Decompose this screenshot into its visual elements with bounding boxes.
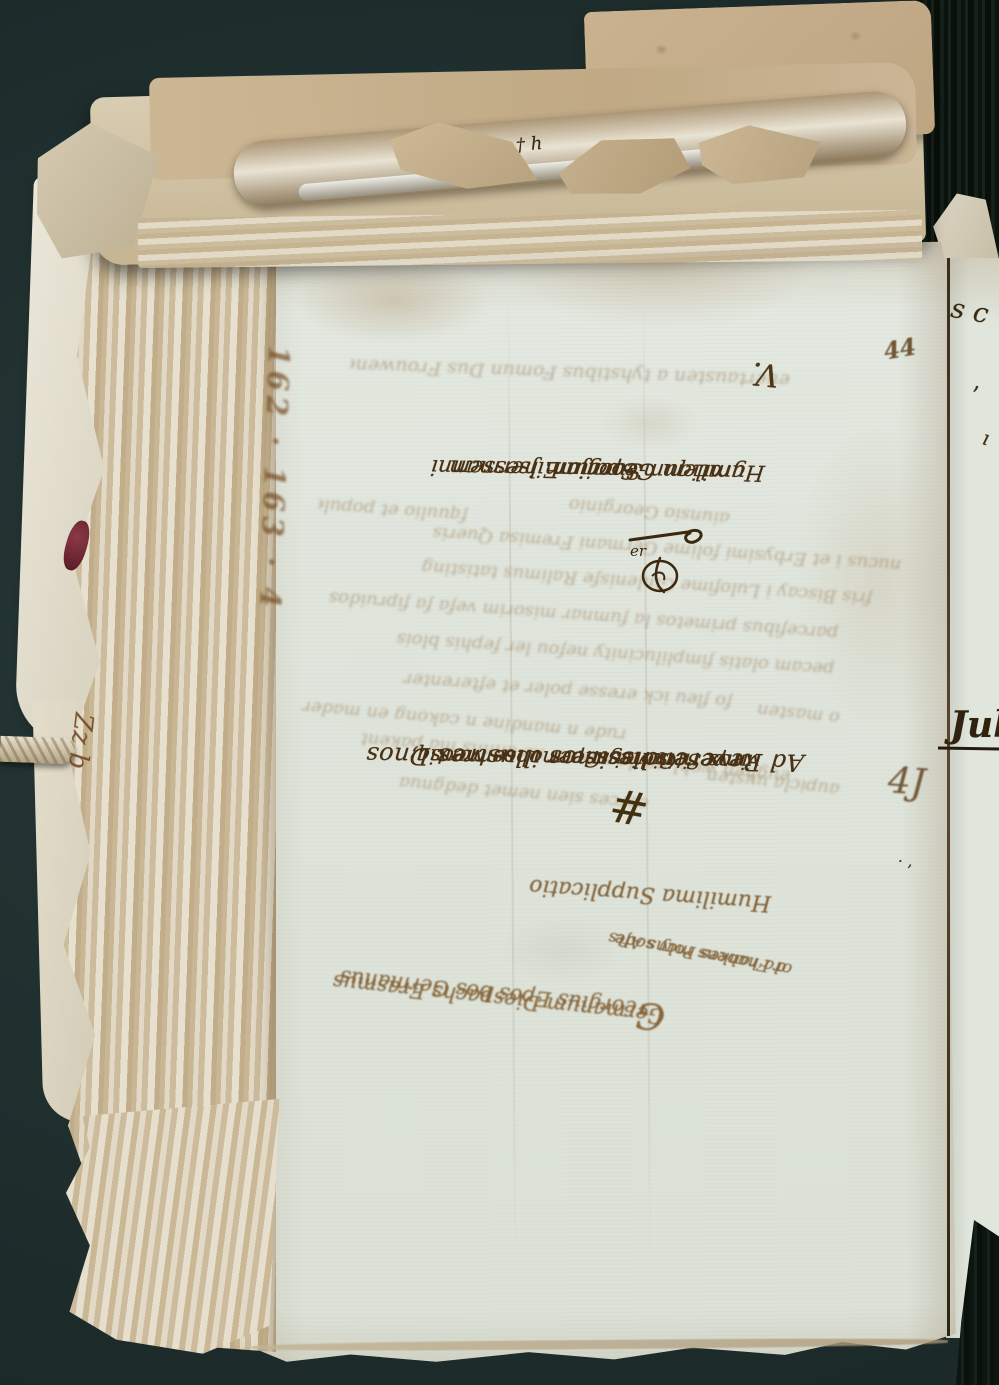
salutation-line: Collegas [491,741,678,775]
ink-cross-mark: † h [515,133,543,156]
gutter-crease [947,258,950,1336]
ruffled-leaf-edges [138,210,922,268]
archive-number-sideways: 162 · 163 · 4 [253,345,296,551]
monogram-letters: er [630,542,647,560]
adjacent-page-strip [946,258,999,1338]
margin-ink-dots: · , [898,852,912,870]
jul-inscription: Jul [950,704,999,746]
monogram-cipher: er [622,518,717,600]
address-line: Suorum [552,452,644,486]
margin-mark-44: 44 [882,333,918,365]
salutation-block: Ad Reverendissimos illustres Dnos viros … [378,639,802,778]
manuscript-photo: † h Zz b 162 · 163 · 4 euertausten a tyh… [0,0,999,1385]
faded-margin-mark: 4J [887,761,927,805]
adjacent-page-comma: ’ [972,382,980,410]
adjacent-page-text-fragment: s c [949,293,991,330]
address-block: Humilem Georgium hermanni gratiqum Spaij… [416,379,789,489]
